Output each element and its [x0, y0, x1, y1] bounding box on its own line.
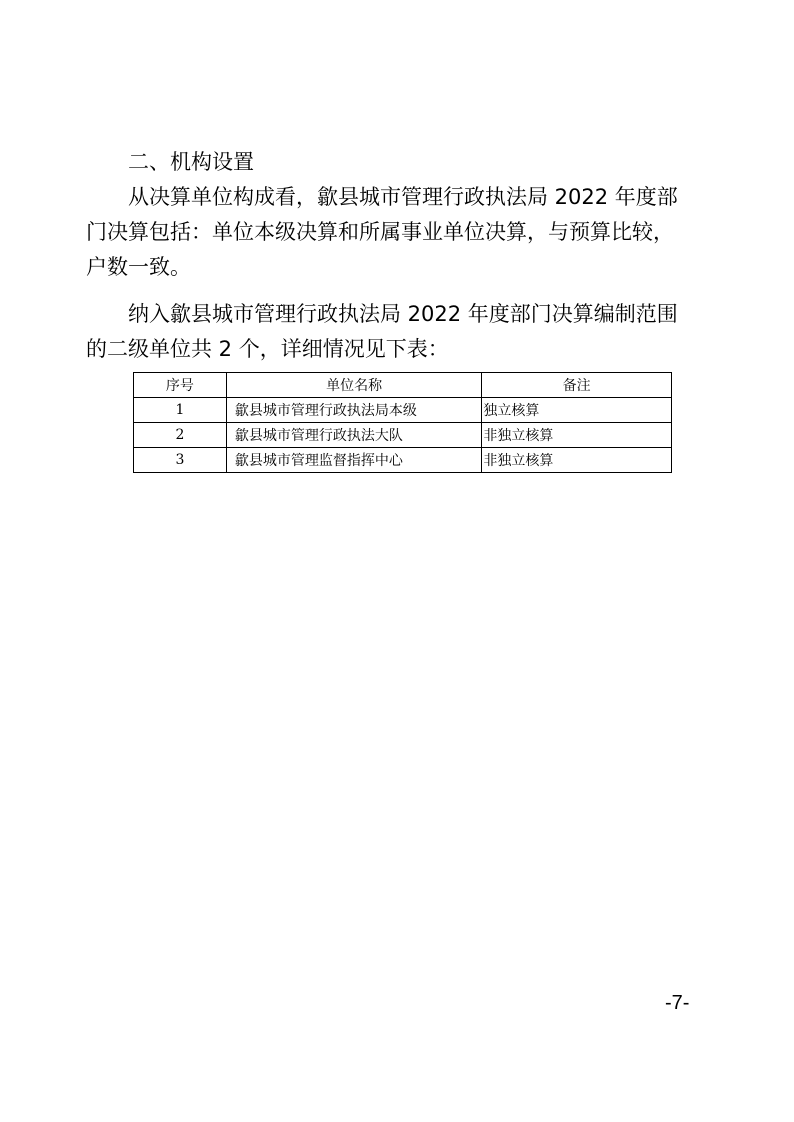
header-index: 序号 [134, 373, 227, 398]
paragraph-scope: 纳入歙县城市管理行政执法局 2022 年度部门决算编制范围 的二级单位共 2 个… [86, 297, 686, 367]
row-index: 1 [134, 398, 227, 423]
paragraph-line: 的二级单位共 2 个，详细情况见下表： [86, 332, 686, 367]
table-row: 2 歙县城市管理行政执法大队 非独立核算 [134, 423, 672, 448]
paragraph-line: 纳入歙县城市管理行政执法局 2022 年度部门决算编制范围 [86, 297, 686, 332]
row-index: 2 [134, 423, 227, 448]
row-note: 非独立核算 [482, 448, 672, 473]
paragraph-line: 门决算包括：单位本级决算和所属事业单位决算，与预算比较， [86, 215, 686, 250]
row-index: 3 [134, 448, 227, 473]
row-note: 独立核算 [482, 398, 672, 423]
row-unit-name: 歙县城市管理行政执法大队 [226, 423, 482, 448]
paragraph-line: 从决算单位构成看，歙县城市管理行政执法局 2022 年度部 [86, 180, 686, 215]
row-unit-name: 歙县城市管理行政执法局本级 [226, 398, 482, 423]
paragraph-unit-composition: 从决算单位构成看，歙县城市管理行政执法局 2022 年度部 门决算包括：单位本级… [86, 180, 686, 285]
header-unit-name: 单位名称 [226, 373, 482, 398]
page-number: -7- [665, 992, 689, 1015]
table-header-row: 序号 单位名称 备注 [134, 373, 672, 398]
row-unit-name: 歙县城市管理监督指挥中心 [226, 448, 482, 473]
row-note: 非独立核算 [482, 423, 672, 448]
secondary-units-table: 序号 单位名称 备注 1 歙县城市管理行政执法局本级 独立核算 2 歙县城市管理… [133, 372, 672, 473]
header-note: 备注 [482, 373, 672, 398]
section-heading: 二、机构设置 [128, 148, 254, 176]
table-row: 3 歙县城市管理监督指挥中心 非独立核算 [134, 448, 672, 473]
table-row: 1 歙县城市管理行政执法局本级 独立核算 [134, 398, 672, 423]
paragraph-line: 户数一致。 [86, 250, 686, 285]
